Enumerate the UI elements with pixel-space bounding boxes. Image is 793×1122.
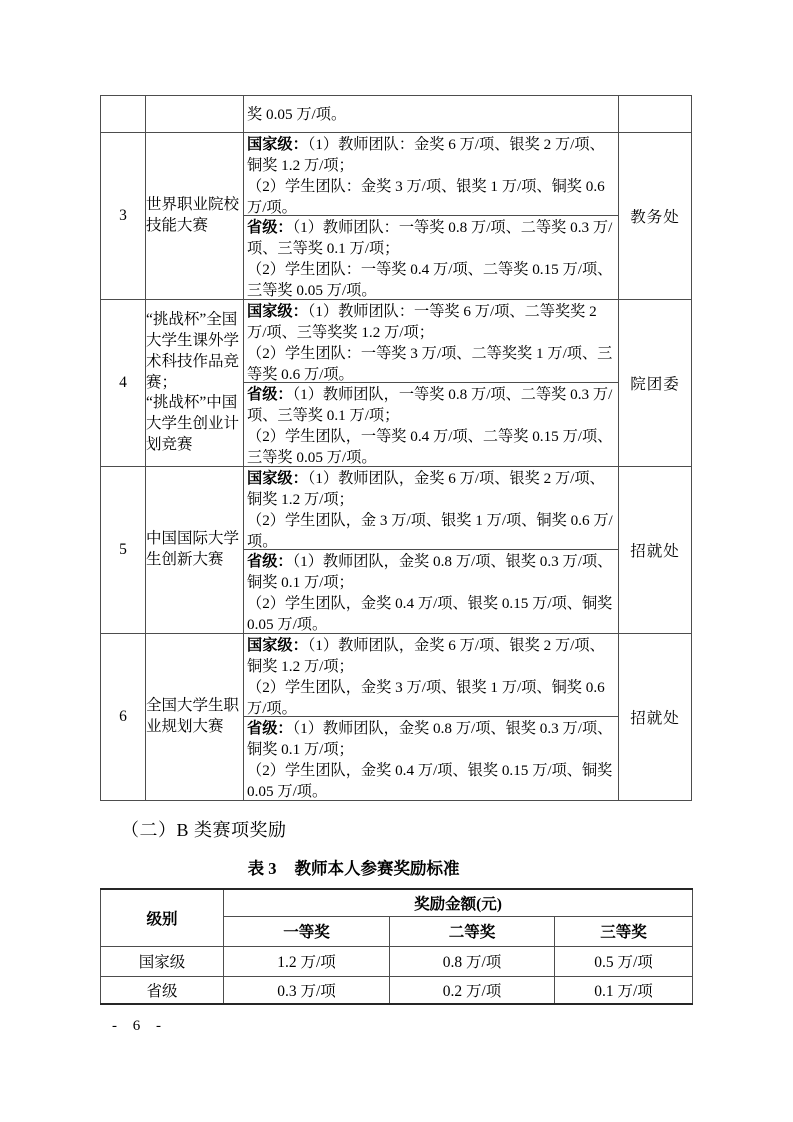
first-prize-value: 1.2 万/项 [224, 946, 390, 976]
level-column-header: 级别 [101, 889, 224, 946]
competition-name: 中国国际大学生创新大赛 [146, 467, 244, 634]
table3-caption: 表 3教师本人参赛奖励标准 [99, 855, 608, 879]
teacher-reward-table: 级别 奖励金额(元) 一等奖 二等奖 三等奖 国家级 1.2 万/项 0.8 万… [100, 888, 693, 1005]
table-row: 3 世界职业院校技能大赛 国家级：（1）教师团队：金奖 6 万/项、银奖 2 万… [101, 133, 692, 300]
page-number: - 6 - [112, 1018, 164, 1035]
provincial-award-detail: 省级：（1）教师团队：一等奖 0.8 万/项、二等奖 0.3 万/项、三等奖 0… [244, 216, 618, 299]
responsible-department: 招就处 [619, 467, 692, 634]
competition-name: 世界职业院校技能大赛 [146, 133, 244, 300]
row-number: 6 [101, 634, 146, 801]
document-page: 奖 0.05 万/项。 3 世界职业院校技能大赛 国家级：（1）教师团队：金奖 … [0, 0, 793, 1122]
first-prize-value: 0.3 万/项 [224, 976, 390, 1004]
second-prize-value: 0.8 万/项 [390, 946, 555, 976]
table-row: 4 “挑战杯”全国大学生课外学术科技作品竞赛；“挑战杯”中国大学生创业计划竞赛 … [101, 300, 692, 467]
table-row: 6 全国大学生职业规划大赛 国家级：（1）教师团队，金奖 6 万/项、银奖 2 … [101, 634, 692, 801]
table3-caption-title: 教师本人参赛奖励标准 [294, 859, 459, 878]
level-cell: 省级 [101, 976, 224, 1004]
section-heading: （二）B 类赛项奖励 [121, 816, 287, 842]
national-award-detail: 国家级：（1）教师团队，金奖 6 万/项、银奖 2 万/项、铜奖 1.2 万/项… [244, 467, 618, 550]
competition-name: “挑战杯”全国大学生课外学术科技作品竞赛；“挑战杯”中国大学生创业计划竞赛 [146, 300, 244, 467]
second-prize-header: 二等奖 [390, 916, 555, 946]
table3-row-national: 国家级 1.2 万/项 0.8 万/项 0.5 万/项 [101, 946, 693, 976]
table3-caption-number: 表 3 [248, 859, 277, 878]
row-number: 5 [101, 467, 146, 634]
provincial-award-detail: 省级：（1）教师团队，金奖 0.8 万/项、银奖 0.3 万/项、铜奖 0.1 … [244, 717, 618, 800]
table-row-continuation: 奖 0.05 万/项。 [101, 96, 692, 133]
responsible-department [619, 96, 692, 133]
award-detail-continued: 奖 0.05 万/项。 [244, 96, 619, 133]
row-number: 3 [101, 133, 146, 300]
competition-name [146, 96, 244, 133]
table3-header-row: 级别 奖励金额(元) [101, 889, 693, 916]
table3-row-provincial: 省级 0.3 万/项 0.2 万/项 0.1 万/项 [101, 976, 693, 1004]
amount-column-header: 奖励金额(元) [224, 889, 693, 916]
third-prize-value: 0.1 万/项 [555, 976, 693, 1004]
responsible-department: 招就处 [619, 634, 692, 801]
continued-award-text: 奖 0.05 万/项。 [244, 102, 618, 126]
responsible-department: 教务处 [619, 133, 692, 300]
table-row: 5 中国国际大学生创新大赛 国家级：（1）教师团队，金奖 6 万/项、银奖 2 … [101, 467, 692, 634]
national-award-detail: 国家级：（1）教师团队：金奖 6 万/项、银奖 2 万/项、铜奖 1.2 万/项… [244, 133, 618, 216]
row-number [101, 96, 146, 133]
level-cell: 国家级 [101, 946, 224, 976]
third-prize-value: 0.5 万/项 [555, 946, 693, 976]
second-prize-value: 0.2 万/项 [390, 976, 555, 1004]
national-award-detail: 国家级：（1）教师团队，金奖 6 万/项、银奖 2 万/项、铜奖 1.2 万/项… [244, 634, 618, 717]
first-prize-header: 一等奖 [224, 916, 390, 946]
competition-name: 全国大学生职业规划大赛 [146, 634, 244, 801]
provincial-award-detail: 省级：（1）教师团队，金奖 0.8 万/项、银奖 0.3 万/项、铜奖 0.1 … [244, 550, 618, 633]
national-award-detail: 国家级：（1）教师团队：一等奖 6 万/项、二等奖奖 2 万/项、三等奖奖 1.… [244, 300, 618, 383]
row-number: 4 [101, 300, 146, 467]
provincial-award-detail: 省级：（1）教师团队，一等奖 0.8 万/项、二等奖 0.3 万/项、三等奖 0… [244, 383, 618, 466]
responsible-department: 院团委 [619, 300, 692, 467]
third-prize-header: 三等奖 [555, 916, 693, 946]
competition-award-table: 奖 0.05 万/项。 3 世界职业院校技能大赛 国家级：（1）教师团队：金奖 … [100, 95, 692, 801]
